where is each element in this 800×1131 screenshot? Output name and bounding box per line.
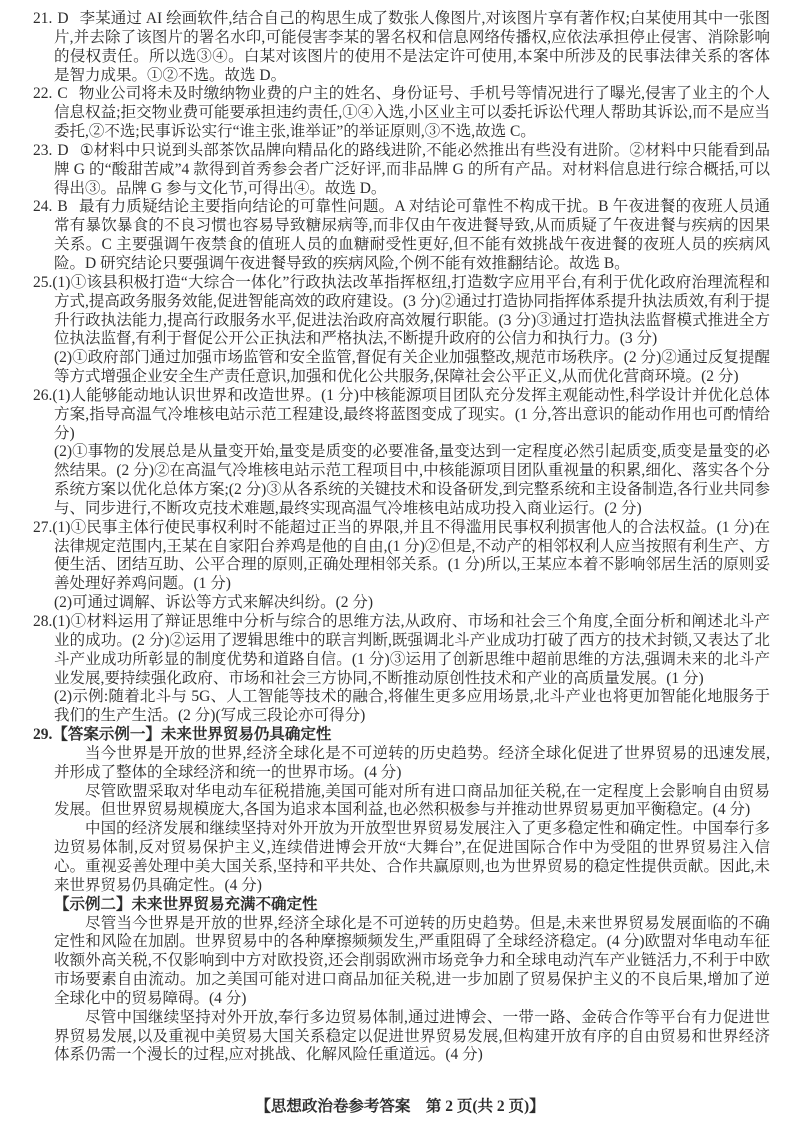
item-number: 22. — [33, 85, 52, 102]
answer-paragraph: 22.C物业公司将未及时缴纳物业费的户主的姓名、身份证号、手机号等情况进行了曝光… — [54, 85, 770, 142]
item-answer-letter: C — [57, 85, 67, 102]
item-number: 23. — [33, 142, 52, 159]
item-number: 27. — [33, 519, 52, 536]
answer-paragraph: 24.B最有力质疑结论主要指向结论的可靠性问题。A 对结论可靠性不构成干扰。B … — [54, 198, 770, 273]
answer-paragraph: 23.D①材料中只说到头部茶饮品牌向精品化的路线进阶,不能必然推出有些没有进阶。… — [54, 142, 770, 199]
answer-item: 23.D①材料中只说到头部茶饮品牌向精品化的路线进阶,不能必然推出有些没有进阶。… — [33, 142, 770, 199]
item-answer-letter: B — [57, 198, 67, 215]
answer-item: 24.B最有力质疑结论主要指向结论的可靠性问题。A 对结论可靠性不构成干扰。B … — [33, 198, 770, 273]
answer-paragraph: 21.D李某通过 AI 绘画软件,结合自己的构思生成了数张人像图片,对该图片享有… — [54, 10, 770, 85]
answer-paragraph: 中国的经济发展和继续坚持对外开放为开放型世界贸易发展注入了更多稳定性和确定性。中… — [54, 820, 770, 895]
answer-paragraph: 27.(1)①民事主体行使民事权利时不能超过正当的界限,并且不得滥用民事权利损害… — [54, 519, 770, 594]
item-number: 21. — [33, 10, 52, 27]
answer-paragraph: 【示例二】未来世界贸易充满不确定性 — [54, 896, 770, 915]
answer-paragraph: 当今世界是开放的世界,经济全球化是不可逆转的历史趋势。经济全球化促进了世界贸易的… — [54, 745, 770, 783]
answer-paragraph: (2)示例:随着北斗与 5G、人工智能等技术的融合,将催生更多应用场景,北斗产业… — [54, 688, 770, 726]
answer-sheet-page: 21.D李某通过 AI 绘画软件,结合自己的构思生成了数张人像图片,对该图片享有… — [33, 10, 770, 1065]
answer-item: 26.(1)人能够能动地认识世界和改造世界。(1 分)中核能源项目团队充分发挥主… — [33, 387, 770, 519]
item-number: 29. — [33, 726, 52, 743]
answer-paragraph: (2)①政府部门通过加强市场监管和安全监管,督促有关企业加强整改,规范市场秩序。… — [54, 349, 770, 387]
answer-paragraph: 尽管当今世界是开放的世界,经济全球化是不可逆转的历史趋势。但是,未来世界贸易发展… — [54, 915, 770, 1009]
item-number: 24. — [33, 198, 52, 215]
item-number: 28. — [33, 613, 52, 630]
answer-paragraph: (2)可通过调解、诉讼等方式来解决纠纷。(2 分) — [54, 594, 770, 613]
answer-paragraph: 尽管中国继续坚持对外开放,奉行多边贸易体制,通过进博会、一带一路、金砖合作等平台… — [54, 1009, 770, 1066]
answer-paragraph: 28.(1)①材料运用了辩证思维中分析与综合的思维方法,从政府、市场和社会三个角… — [54, 613, 770, 688]
item-answer-letter: D — [57, 10, 68, 27]
item-answer-letter: D — [57, 142, 68, 159]
answer-paragraph: (2)①事物的发展总是从量变开始,量变是质变的必要准备,量变达到一定程度必然引起… — [54, 443, 770, 518]
answer-paragraph: 尽管欧盟采取对华电动车征税措施,美国可能对所有进口商品加征关税,在一定程度上会影… — [54, 783, 770, 821]
answer-item-list: 21.D李某通过 AI 绘画软件,结合自己的构思生成了数张人像图片,对该图片享有… — [33, 10, 770, 1065]
answer-item: 28.(1)①材料运用了辩证思维中分析与综合的思维方法,从政府、市场和社会三个角… — [33, 613, 770, 726]
item-number: 25. — [33, 274, 52, 291]
answer-paragraph: 29.【答案示例一】未来世界贸易仍具确定性 — [54, 726, 770, 745]
answer-item: 21.D李某通过 AI 绘画软件,结合自己的构思生成了数张人像图片,对该图片享有… — [33, 10, 770, 85]
item-number: 26. — [33, 387, 52, 404]
answer-paragraph: 25.(1)①该县积极打造“大综合一体化”行政执法改革指挥枢纽,打造数字应用平台… — [54, 274, 770, 349]
page-footer: 【思想政治卷参考答案 第 2 页(共 2 页)】 — [0, 1094, 800, 1116]
answer-item: 22.C物业公司将未及时缴纳物业费的户主的姓名、身份证号、手机号等情况进行了曝光… — [33, 85, 770, 142]
answer-item: 27.(1)①民事主体行使民事权利时不能超过正当的界限,并且不得滥用民事权利损害… — [33, 519, 770, 613]
answer-item: 29.【答案示例一】未来世界贸易仍具确定性当今世界是开放的世界,经济全球化是不可… — [33, 726, 770, 1065]
answer-item: 25.(1)①该县积极打造“大综合一体化”行政执法改革指挥枢纽,打造数字应用平台… — [33, 274, 770, 387]
answer-paragraph: 26.(1)人能够能动地认识世界和改造世界。(1 分)中核能源项目团队充分发挥主… — [54, 387, 770, 444]
